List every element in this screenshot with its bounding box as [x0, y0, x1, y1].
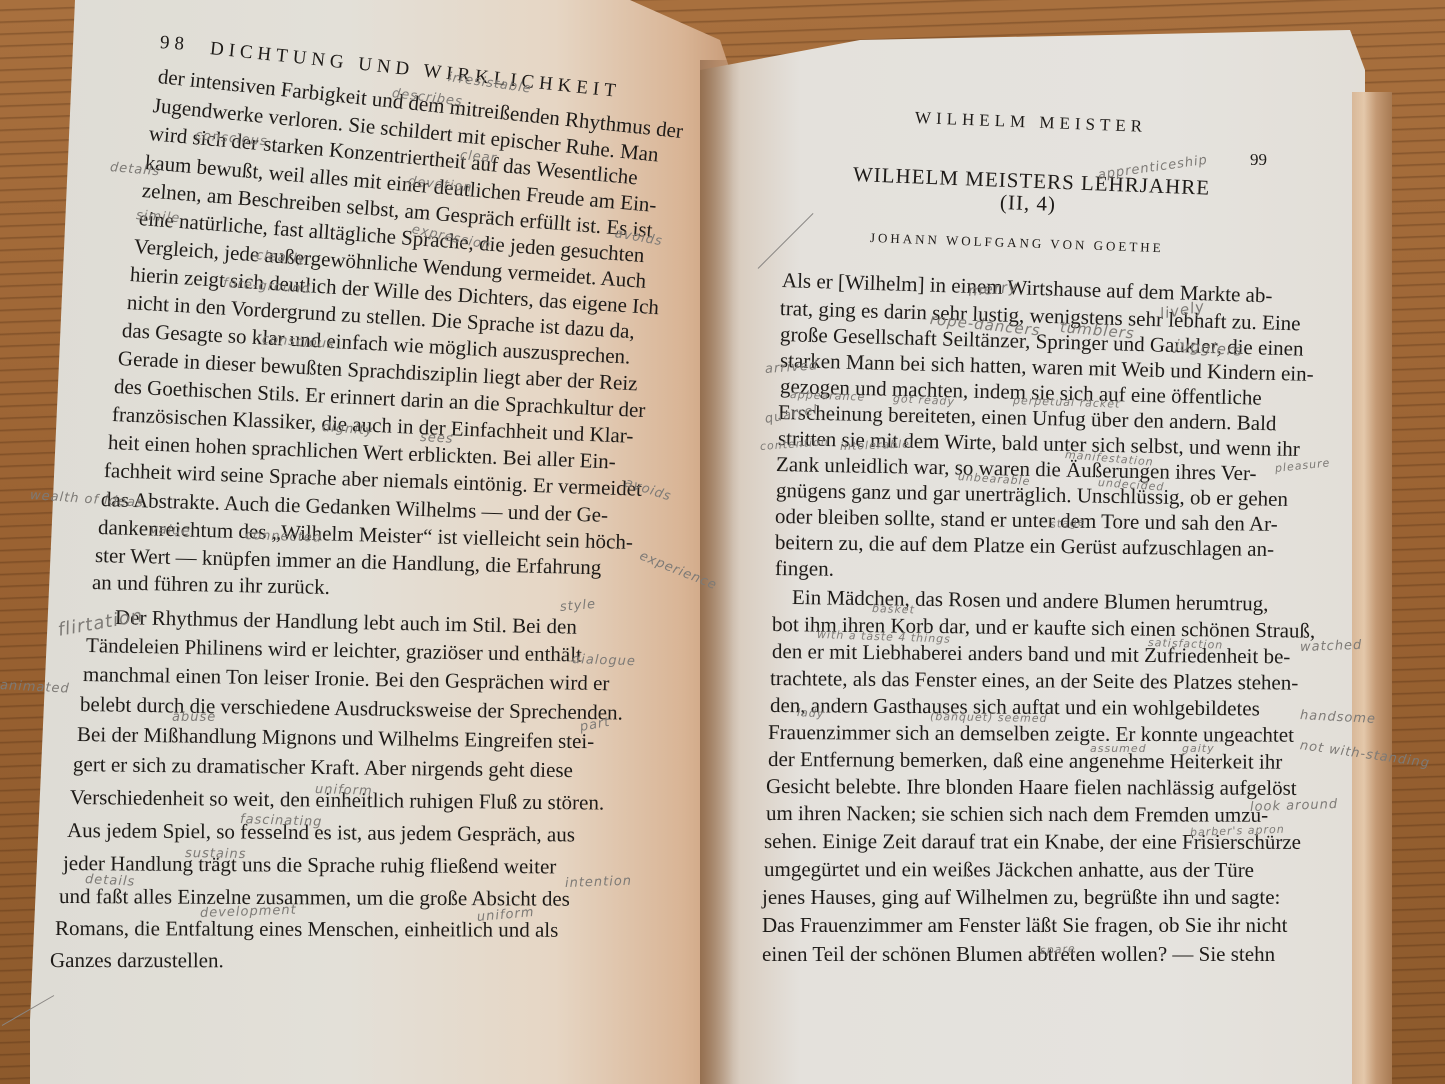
book-page-edges	[1352, 92, 1392, 1084]
right-page-number: 99	[1250, 150, 1267, 170]
chapter-subtitle: (II, 4)	[1000, 190, 1057, 217]
book-gutter-shadow	[700, 60, 740, 1084]
handwritten-note: value	[150, 522, 191, 539]
handwritten-note: lady	[797, 706, 825, 720]
handwritten-note: assumed	[1090, 742, 1147, 755]
text-line: einen Teil der schönen Blumen abtreten w…	[762, 942, 1275, 967]
handwritten-note: sees	[420, 430, 454, 447]
handwritten-note: uniform	[315, 782, 373, 799]
text-line: jeder Handlung trägt uns die Sprache ruh…	[63, 851, 557, 879]
handwritten-note: appearance	[790, 388, 866, 404]
handwritten-note: watched	[1300, 638, 1363, 655]
handwritten-note: intention	[565, 874, 633, 891]
handwritten-note: sustains	[185, 846, 247, 862]
handwritten-note: animated	[0, 678, 70, 697]
handwritten-note: clear	[459, 148, 497, 166]
handwritten-note: stage	[1050, 516, 1086, 531]
text-line: umgegürtet und ein weißes Jäckchen anhat…	[764, 857, 1254, 883]
handwritten-note: fascinating	[240, 812, 323, 830]
handwritten-note: basket	[872, 602, 915, 616]
handwritten-note: look around	[1250, 797, 1339, 815]
handwritten-note: spare	[1040, 942, 1076, 957]
handwritten-note: style	[559, 597, 596, 615]
handwritten-note: details	[85, 872, 136, 890]
left-page-number: 98	[159, 32, 189, 56]
handwritten-note: abuse	[172, 710, 216, 725]
handwritten-note: connected	[245, 528, 323, 546]
text-line: um ihren Nacken; sie schien sich nach de…	[766, 801, 1268, 828]
text-line: Das Frauenzimmer am Fenster läßt Sie fra…	[762, 913, 1287, 938]
text-line: Ganzes darzustellen.	[50, 948, 224, 973]
text-line: an und führen zu ihr zurück.	[92, 570, 330, 600]
text-line: Gesicht belebte. Ihre blonden Haare fiel…	[766, 774, 1297, 801]
handwritten-note: (banquet) seemed	[930, 710, 1048, 725]
handwritten-note: satisfaction	[1148, 636, 1224, 652]
text-line: trachtete, als das Fenster eines, an der…	[770, 666, 1299, 696]
handwritten-note: gaity	[1182, 742, 1215, 755]
handwritten-note: intolerable	[840, 438, 910, 453]
handwritten-note: simile	[135, 208, 180, 226]
handwritten-note: dialogue	[572, 652, 636, 669]
text-line: fingen.	[775, 556, 834, 582]
text-line: jenes Hauses, ging auf Wilhelmen zu, beg…	[762, 885, 1280, 910]
